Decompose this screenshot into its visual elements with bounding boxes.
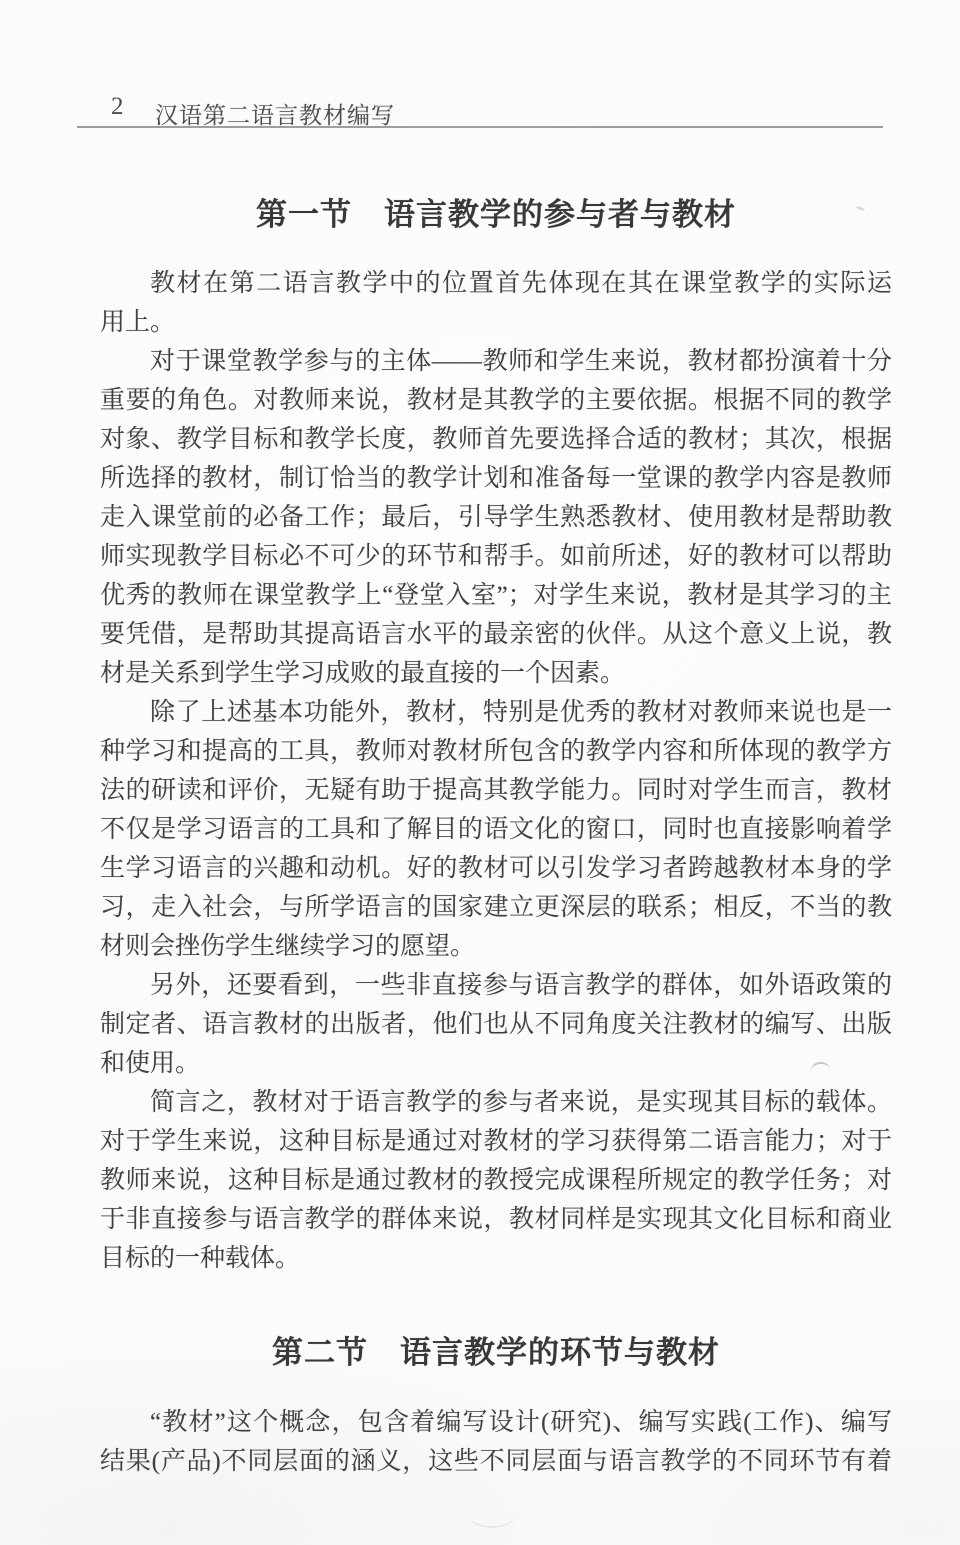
text-line: 用上。 [100,303,892,342]
text-line: 结果(产品)不同层面的涵义，这些不同层面与语言教学的不同环节有着 [100,1442,892,1481]
scan-artifact [468,1514,516,1528]
text-line: “教材”这个概念，包含着编写设计(研究)、编写实践(工作)、编写 [100,1403,892,1442]
paragraph-4: 另外，还要看到，一些非直接参与语言教学的群体，如外语政策的 制定者、语言教材的出… [100,966,892,1083]
text-line: 教材在第二语言教学中的位置首先体现在其在课堂教学的实际运 [100,264,892,303]
text-line: 教师来说，这种目标是通过教材的教授完成课程所规定的教学任务；对 [100,1161,892,1200]
text-line: 对于学生来说，这种目标是通过对教材的学习获得第二语言能力；对于 [100,1122,892,1161]
text-line: 除了上述基本功能外，教材，特别是优秀的教材对教师来说也是一 [100,693,892,732]
text-line: 和使用。 [100,1044,892,1083]
text-line: 要凭借，是帮助其提高语言水平的最亲密的伙伴。从这个意义上说，教 [100,615,892,654]
paragraph-2: 对于课堂教学参与的主体——教师和学生来说，教材都扮演着十分 重要的角色。对教师来… [100,342,892,693]
paragraph-5: 简言之，教材对于语言教学的参与者来说，是实现其目标的载体。 对于学生来说，这种目… [100,1083,892,1278]
section-2-title: 第二节 语言教学的环节与教材 [100,1327,892,1372]
page-number: 2 [111,93,124,121]
text-line: 走入课堂前的必备工作；最后，引导学生熟悉教材、使用教材是帮助教 [100,498,892,537]
header-rule [77,126,883,128]
text-line: 对于课堂教学参与的主体——教师和学生来说，教材都扮演着十分 [100,342,892,381]
text-line: 制定者、语言教材的出版者，他们也从不同角度关注教材的编写、出版 [100,1005,892,1044]
section-2-body: “教材”这个概念，包含着编写设计(研究)、编写实践(工作)、编写 结果(产品)不… [100,1403,892,1481]
text-line: 简言之，教材对于语言教学的参与者来说，是实现其目标的载体。 [100,1083,892,1122]
text-line: 师实现教学目标必不可少的环节和帮手。如前所述，好的教材可以帮助 [100,537,892,576]
paragraph-3: 除了上述基本功能外，教材，特别是优秀的教材对教师来说也是一 种学习和提高的工具，… [100,693,892,966]
text-line: 法的研读和评价，无疑有助于提高其教学能力。同时对学生而言，教材 [100,771,892,810]
section-1-title: 第一节 语言教学的参与者与教材 [100,189,892,234]
text-line: 于非直接参与语言教学的群体来说，教材同样是实现其文化目标和商业 [100,1200,892,1239]
book-page-scan: 2 汉语第二语言教材编写 第一节 语言教学的参与者与教材 教材在第二语言教学中的… [0,0,960,1545]
text-line: 种学习和提高的工具，教师对教材所包含的教学内容和所体现的教学方 [100,732,892,771]
text-line: 材是关系到学生学习成败的最直接的一个因素。 [100,654,892,693]
text-line: 不仅是学习语言的工具和了解目的语文化的窗口，同时也直接影响着学 [100,810,892,849]
paragraph-1: 教材在第二语言教学中的位置首先体现在其在课堂教学的实际运 用上。 [100,264,892,342]
text-line: 目标的一种载体。 [100,1239,892,1278]
text-line: 习，走入社会，与所学语言的国家建立更深层的联系；相反，不当的教 [100,888,892,927]
text-line: 所选择的教材，制订恰当的教学计划和准备每一堂课的教学内容是教师 [100,459,892,498]
text-line: 重要的角色。对教师来说，教材是其教学的主要依据。根据不同的教学 [100,381,892,420]
text-line: 另外，还要看到，一些非直接参与语言教学的群体，如外语政策的 [100,966,892,1005]
paragraph-6: “教材”这个概念，包含着编写设计(研究)、编写实践(工作)、编写 结果(产品)不… [100,1403,892,1481]
section-1-body: 教材在第二语言教学中的位置首先体现在其在课堂教学的实际运 用上。 对于课堂教学参… [100,264,892,1278]
text-line: 优秀的教师在课堂教学上“登堂入室”；对学生来说，教材是其学习的主 [100,576,892,615]
text-line: 材则会挫伤学生继续学习的愿望。 [100,927,892,966]
text-line: 对象、教学目标和教学长度，教师首先要选择合适的教材；其次，根据 [100,420,892,459]
text-line: 生学习语言的兴趣和动机。好的教材可以引发学习者跨越教材本身的学 [100,849,892,888]
